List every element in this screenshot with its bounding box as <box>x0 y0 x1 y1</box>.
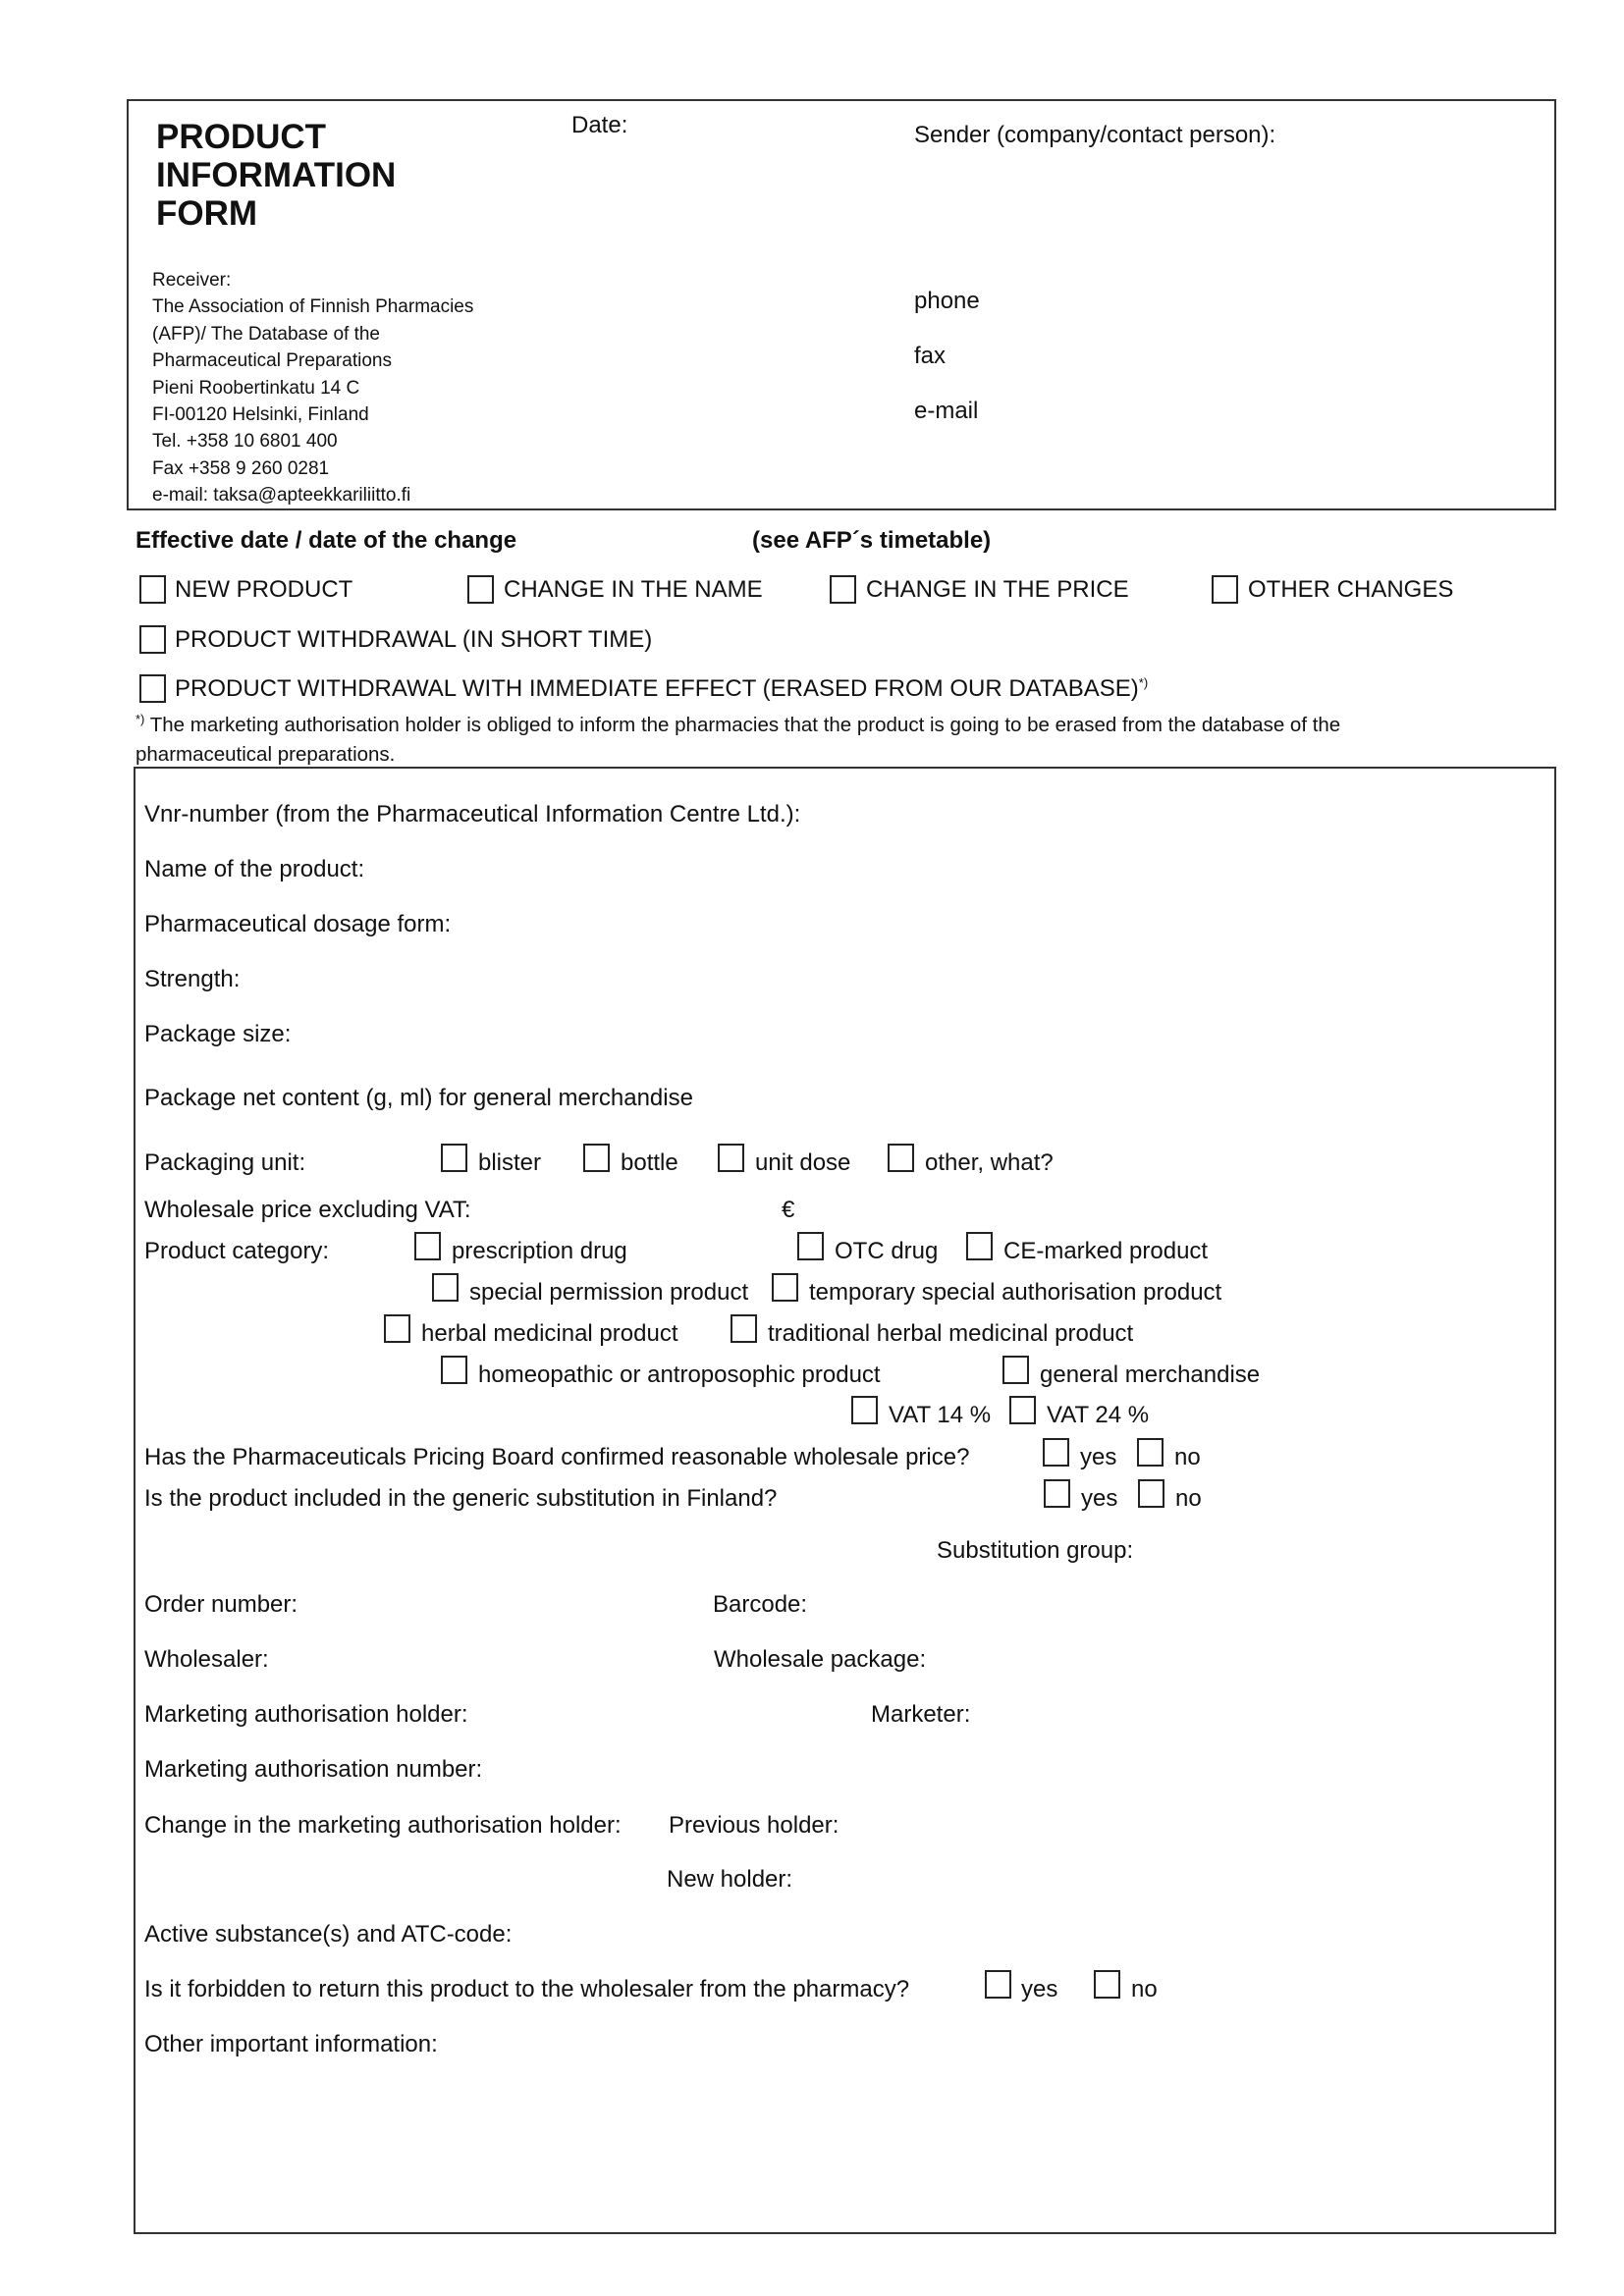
receiver-line: Tel. +358 10 6801 400 <box>152 428 473 454</box>
vat-24-label: VAT 24 % <box>1047 1402 1149 1429</box>
ce-marked-checkbox[interactable] <box>966 1232 993 1260</box>
prescription-drug-label: prescription drug <box>452 1238 627 1265</box>
dosage-form-label: Pharmaceutical dosage form: <box>144 911 451 938</box>
unit-dose-label: unit dose <box>755 1149 850 1177</box>
barcode-label: Barcode: <box>713 1591 807 1619</box>
vat-14-checkbox[interactable] <box>851 1396 878 1424</box>
form-title-line: FORM <box>156 194 396 233</box>
traditional-herbal-label: traditional herbal medicinal product <box>768 1320 1133 1348</box>
generic-substitution-yes-label: yes <box>1081 1485 1117 1513</box>
wholesale-price-label: Wholesale price excluding VAT: <box>144 1197 471 1224</box>
receiver-label: Receiver: <box>152 267 473 294</box>
wholesale-package-label: Wholesale package: <box>714 1646 926 1674</box>
generic-substitution-question: Is the product included in the generic s… <box>144 1485 777 1513</box>
other-info-label: Other important information: <box>144 2031 438 2058</box>
ma-number-label: Marketing authorisation number: <box>144 1756 482 1784</box>
currency-symbol: € <box>782 1197 794 1224</box>
temporary-special-auth-label: temporary special authorisation product <box>809 1279 1221 1307</box>
prescription-drug-checkbox[interactable] <box>414 1232 441 1260</box>
withdrawal-immediate-text: PRODUCT WITHDRAWAL WITH IMMEDIATE EFFECT… <box>175 675 1139 702</box>
receiver-block: Receiver: The Association of Finnish Pha… <box>152 267 473 509</box>
homeopathic-checkbox[interactable] <box>441 1356 467 1384</box>
footnote-line: *) The marketing authorisation holder is… <box>135 711 1340 740</box>
other-changes-checkbox[interactable] <box>1212 575 1238 604</box>
new-product-checkbox[interactable] <box>139 575 166 604</box>
sender-phone-label: phone <box>914 288 980 315</box>
footnote-ref: *) <box>1139 675 1148 690</box>
timetable-note: (see AFP´s timetable) <box>752 527 991 555</box>
general-merchandise-checkbox[interactable] <box>1002 1356 1029 1384</box>
previous-holder-label: Previous holder: <box>669 1812 839 1840</box>
return-forbidden-question: Is it forbidden to return this product t… <box>144 1976 909 2003</box>
footnote-text: The marketing authorisation holder is ob… <box>144 714 1340 736</box>
withdrawal-short-time-checkbox[interactable] <box>139 625 166 654</box>
form-title-line: PRODUCT <box>156 118 396 156</box>
return-forbidden-yes-label: yes <box>1021 1976 1057 2003</box>
ce-marked-label: CE-marked product <box>1003 1238 1208 1265</box>
other-unit-checkbox[interactable] <box>888 1144 914 1172</box>
generic-substitution-yes-checkbox[interactable] <box>1044 1479 1070 1508</box>
footnote-line: pharmaceutical preparations. <box>135 740 1340 770</box>
net-content-label: Package net content (g, ml) for general … <box>144 1085 693 1112</box>
receiver-line: (AFP)/ The Database of the <box>152 321 473 347</box>
homeopathic-label: homeopathic or antroposophic product <box>478 1362 881 1389</box>
special-permission-label: special permission product <box>469 1279 748 1307</box>
special-permission-checkbox[interactable] <box>432 1273 459 1302</box>
receiver-line: Fax +358 9 260 0281 <box>152 455 473 482</box>
change-name-label: CHANGE IN THE NAME <box>504 576 763 604</box>
bottle-label: bottle <box>621 1149 678 1177</box>
mah-change-label: Change in the marketing authorisation ho… <box>144 1812 622 1840</box>
form-title: PRODUCT INFORMATION FORM <box>156 118 396 233</box>
pricing-board-no-label: no <box>1174 1444 1201 1471</box>
otc-drug-label: OTC drug <box>835 1238 938 1265</box>
marketer-label: Marketer: <box>871 1701 970 1729</box>
receiver-email: e-mail: taksa@apteekkariliitto.fi <box>152 482 473 508</box>
withdrawal-immediate-label: PRODUCT WITHDRAWAL WITH IMMEDIATE EFFECT… <box>175 675 1148 703</box>
substitution-group-label: Substitution group: <box>937 1537 1133 1565</box>
footnote-marker: *) <box>135 712 144 726</box>
other-changes-label: OTHER CHANGES <box>1248 576 1453 604</box>
otc-drug-checkbox[interactable] <box>797 1232 824 1260</box>
withdrawal-immediate-checkbox[interactable] <box>139 674 166 703</box>
return-forbidden-no-label: no <box>1131 1976 1158 2003</box>
wholesaler-label: Wholesaler: <box>144 1646 269 1674</box>
package-size-label: Package size: <box>144 1021 291 1048</box>
active-substance-label: Active substance(s) and ATC-code: <box>144 1921 512 1949</box>
form-title-line: INFORMATION <box>156 156 396 194</box>
unit-dose-checkbox[interactable] <box>718 1144 744 1172</box>
withdrawal-short-time-label: PRODUCT WITHDRAWAL (IN SHORT TIME) <box>175 626 652 654</box>
receiver-line: The Association of Finnish Pharmacies <box>152 294 473 320</box>
other-unit-label: other, what? <box>925 1149 1054 1177</box>
change-price-label: CHANGE IN THE PRICE <box>866 576 1129 604</box>
footnote: *) The marketing authorisation holder is… <box>135 711 1340 770</box>
receiver-line: Pieni Roobertinkatu 14 C <box>152 375 473 401</box>
effective-date-label: Effective date / date of the change <box>135 527 516 555</box>
bottle-checkbox[interactable] <box>583 1144 610 1172</box>
pricing-board-question: Has the Pharmaceuticals Pricing Board co… <box>144 1444 969 1471</box>
strength-label: Strength: <box>144 966 240 993</box>
product-category-label: Product category: <box>144 1238 329 1265</box>
pricing-board-no-checkbox[interactable] <box>1137 1438 1164 1467</box>
mah-label: Marketing authorisation holder: <box>144 1701 468 1729</box>
general-merchandise-label: general merchandise <box>1040 1362 1260 1389</box>
vat-24-checkbox[interactable] <box>1009 1396 1036 1424</box>
change-name-checkbox[interactable] <box>467 575 494 604</box>
sender-label: Sender (company/contact person): <box>914 122 1275 149</box>
generic-substitution-no-checkbox[interactable] <box>1138 1479 1164 1508</box>
product-name-label: Name of the product: <box>144 856 364 883</box>
receiver-line: FI-00120 Helsinki, Finland <box>152 401 473 428</box>
sender-fax-label: fax <box>914 343 946 370</box>
vat-14-label: VAT 14 % <box>889 1402 991 1429</box>
order-number-label: Order number: <box>144 1591 298 1619</box>
pricing-board-yes-label: yes <box>1080 1444 1116 1471</box>
sender-email-label: e-mail <box>914 398 978 425</box>
new-holder-label: New holder: <box>667 1866 792 1894</box>
date-label: Date: <box>571 112 627 139</box>
return-forbidden-no-checkbox[interactable] <box>1094 1970 1120 1999</box>
herbal-medicinal-checkbox[interactable] <box>384 1314 410 1343</box>
return-forbidden-yes-checkbox[interactable] <box>985 1970 1011 1999</box>
vnr-number-label: Vnr-number (from the Pharmaceutical Info… <box>144 801 800 828</box>
change-price-checkbox[interactable] <box>830 575 856 604</box>
pricing-board-yes-checkbox[interactable] <box>1043 1438 1069 1467</box>
new-product-label: NEW PRODUCT <box>175 576 352 604</box>
temporary-special-auth-checkbox[interactable] <box>772 1273 798 1302</box>
traditional-herbal-checkbox[interactable] <box>731 1314 757 1343</box>
herbal-medicinal-label: herbal medicinal product <box>421 1320 677 1348</box>
generic-substitution-no-label: no <box>1175 1485 1202 1513</box>
blister-checkbox[interactable] <box>441 1144 467 1172</box>
blister-label: blister <box>478 1149 541 1177</box>
packaging-unit-label: Packaging unit: <box>144 1149 305 1177</box>
receiver-line: Pharmaceutical Preparations <box>152 347 473 374</box>
